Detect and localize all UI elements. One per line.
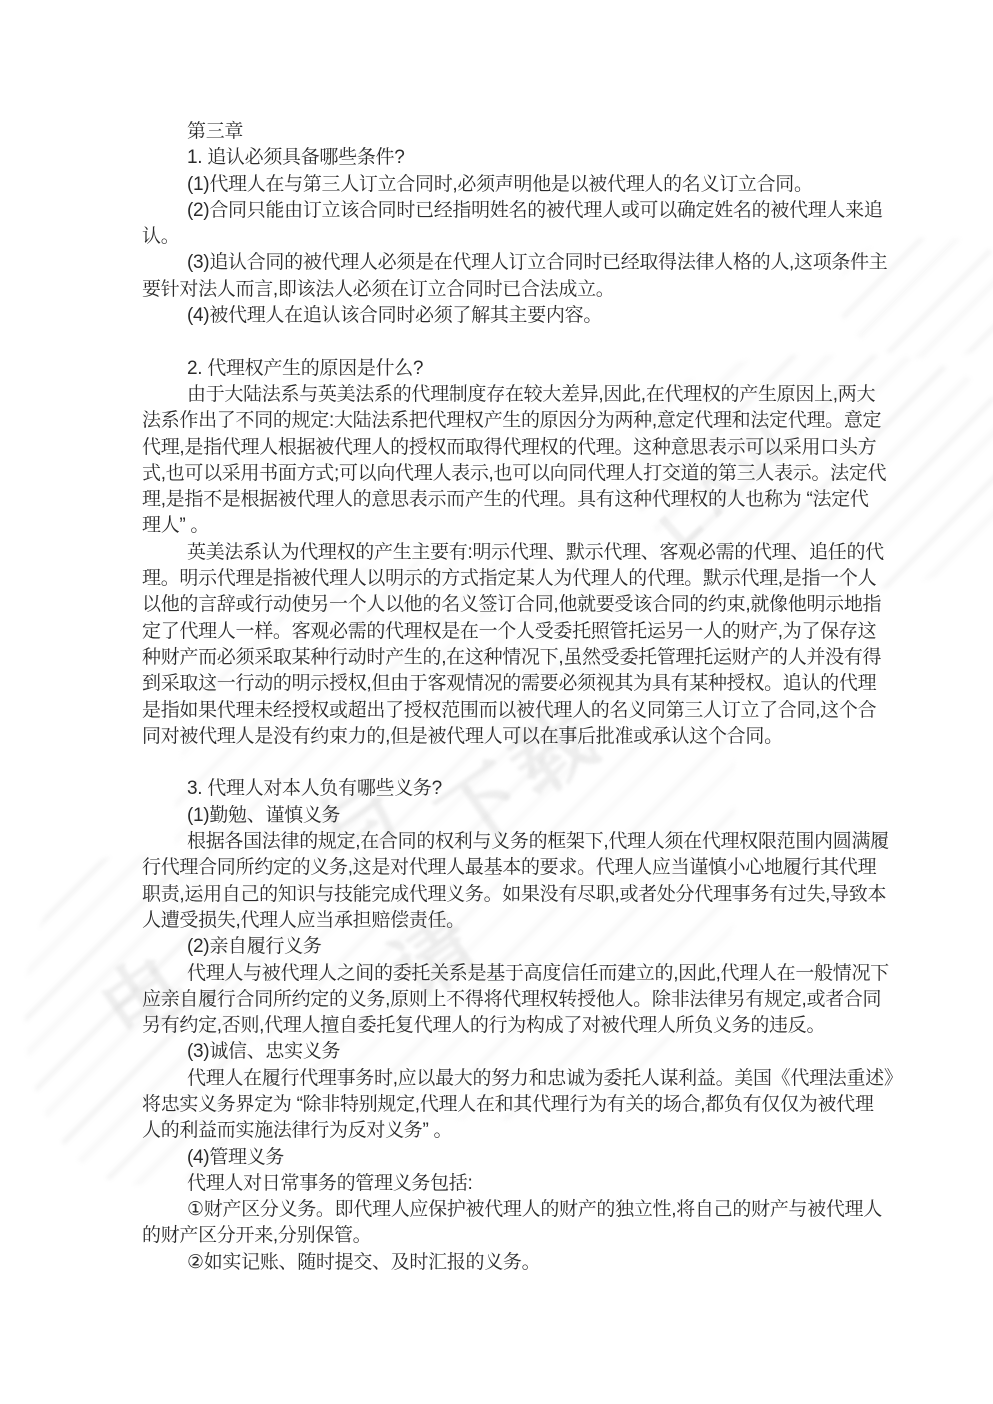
text-line: 理。明示代理是指被代理人以明示的方式指定某人为代理人的代理。默示代理,是指一个人 [142, 566, 868, 592]
text-line: 种财产而必须采取某种行动时产生的,在这种情况下,虽然受委托管理托运财产的人并没有… [142, 645, 868, 671]
text-line: 人的利益而实施法律行为反对义务” 。 [142, 1118, 868, 1144]
text-line: 理,是指不是根据被代理人的意思表示而产生的代理。具有这种代理权的人也称为 “法定… [142, 487, 868, 513]
text-line: 人遭受损失,代理人应当承担赔偿责任。 [142, 908, 868, 934]
text-line: (4)被代理人在追认该合同时必须了解其主要内容。 [142, 303, 868, 329]
text-line: 代理人对日常事务的管理义务包括: [142, 1171, 868, 1197]
document-text: 第三章1. 追认必须具备哪些条件?(1)代理人在与第三人订立合同时,必须声明他是… [142, 119, 868, 1276]
text-line: 的财产区分开来,分别保管。 [142, 1223, 868, 1249]
text-line: 是指如果代理未经授权或超出了授权范围而以被代理人的名义同第三人订立了合同,这个合 [142, 698, 868, 724]
text-line: 根据各国法律的规定,在合同的权利与义务的框架下,代理人须在代理权限范围内圆满履 [142, 829, 868, 855]
text-line: 应亲自履行合同所约定的义务,原则上不得将代理权转授他人。除非法律另有规定,或者合… [142, 987, 868, 1013]
blank-line [142, 750, 868, 776]
chapter-heading: 第三章 [142, 119, 868, 145]
text-line: 同对被代理人是没有约束力的,但是被代理人可以在事后批准或承认这个合同。 [142, 724, 868, 750]
text-line: 职责,运用自己的知识与技能完成代理义务。如果没有尽职,或者处分代理事务有过失,导… [142, 882, 868, 908]
text-line: 式,也可以采用书面方式;可以向代理人表示,也可以向同代理人打交道的第三人表示。法… [142, 461, 868, 487]
question-3: 3. 代理人对本人负有哪些义务? [142, 776, 868, 802]
text-line: 代理,是指代理人根据被代理人的授权而取得代理权的代理。这种意思表示可以采用口头方 [142, 435, 868, 461]
text-line: (3)诚信、忠实义务 [142, 1039, 868, 1065]
text-line: 理人” 。 [142, 513, 868, 539]
text-line: 由于大陆法系与英美法系的代理制度存在较大差异,因此,在代理权的产生原因上,两大 [142, 382, 868, 408]
text-line: 以他的言辞或行动使另一个人以他的名义签订合同,他就要受该合同的约束,就像他明示地… [142, 592, 868, 618]
text-line: (3)追认合同的被代理人必须是在代理人订立合同时已经取得法律人格的人,这项条件主 [142, 250, 868, 276]
question-2: 2. 代理权产生的原因是什么? [142, 356, 868, 382]
text-line: 代理人在履行代理事务时,应以最大的努力和忠诚为委托人谋利益。美国《代理法重述》 [142, 1066, 868, 1092]
text-line: 认。 [142, 224, 868, 250]
document-page: LAW 电与请下载 第三章1. 追认必须具备哪些条件?(1)代理人在与第三人订立… [0, 0, 993, 1404]
text-line: (2)合同只能由订立该合同时已经指明姓名的被代理人或可以确定姓名的被代理人来追 [142, 198, 868, 224]
text-line: 法系作出了不同的规定:大陆法系把代理权产生的原因分为两种,意定代理和法定代理。意… [142, 408, 868, 434]
text-line: 要针对法人而言,即该法人必须在订立合同时已合法成立。 [142, 277, 868, 303]
question-1: 1. 追认必须具备哪些条件? [142, 145, 868, 171]
blank-line [142, 329, 868, 355]
text-line: (1)勤勉、谨慎义务 [142, 803, 868, 829]
text-line: 到采取这一行动的明示授权,但由于客观情况的需要必须视其为具有某种授权。追认的代理 [142, 671, 868, 697]
text-line: 代理人与被代理人之间的委托关系是基于高度信任而建立的,因此,代理人在一般情况下 [142, 961, 868, 987]
text-line: (2)亲自履行义务 [142, 934, 868, 960]
text-line: 行代理合同所约定的义务,这是对代理人最基本的要求。代理人应当谨慎小心地履行其代理 [142, 855, 868, 881]
text-line: 另有约定,否则,代理人擅自委托复代理人的行为构成了对被代理人所负义务的违反。 [142, 1013, 868, 1039]
text-line: ②如实记账、随时提交、及时汇报的义务。 [142, 1250, 868, 1276]
text-line: 定了代理人一样。客观必需的代理权是在一个人受委托照管托运另一人的财产,为了保存这 [142, 619, 868, 645]
text-line: 将忠实义务界定为 “除非特别规定,代理人在和其代理行为有关的场合,都负有仅仅为被… [142, 1092, 868, 1118]
text-line: ①财产区分义务。即代理人应保护被代理人的财产的独立性,将自己的财产与被代理人 [142, 1197, 868, 1223]
text-line: 英美法系认为代理权的产生主要有:明示代理、默示代理、客观必需的代理、追任的代 [142, 540, 868, 566]
text-line: (4)管理义务 [142, 1145, 868, 1171]
text-line: (1)代理人在与第三人订立合同时,必须声明他是以被代理人的名义订立合同。 [142, 172, 868, 198]
